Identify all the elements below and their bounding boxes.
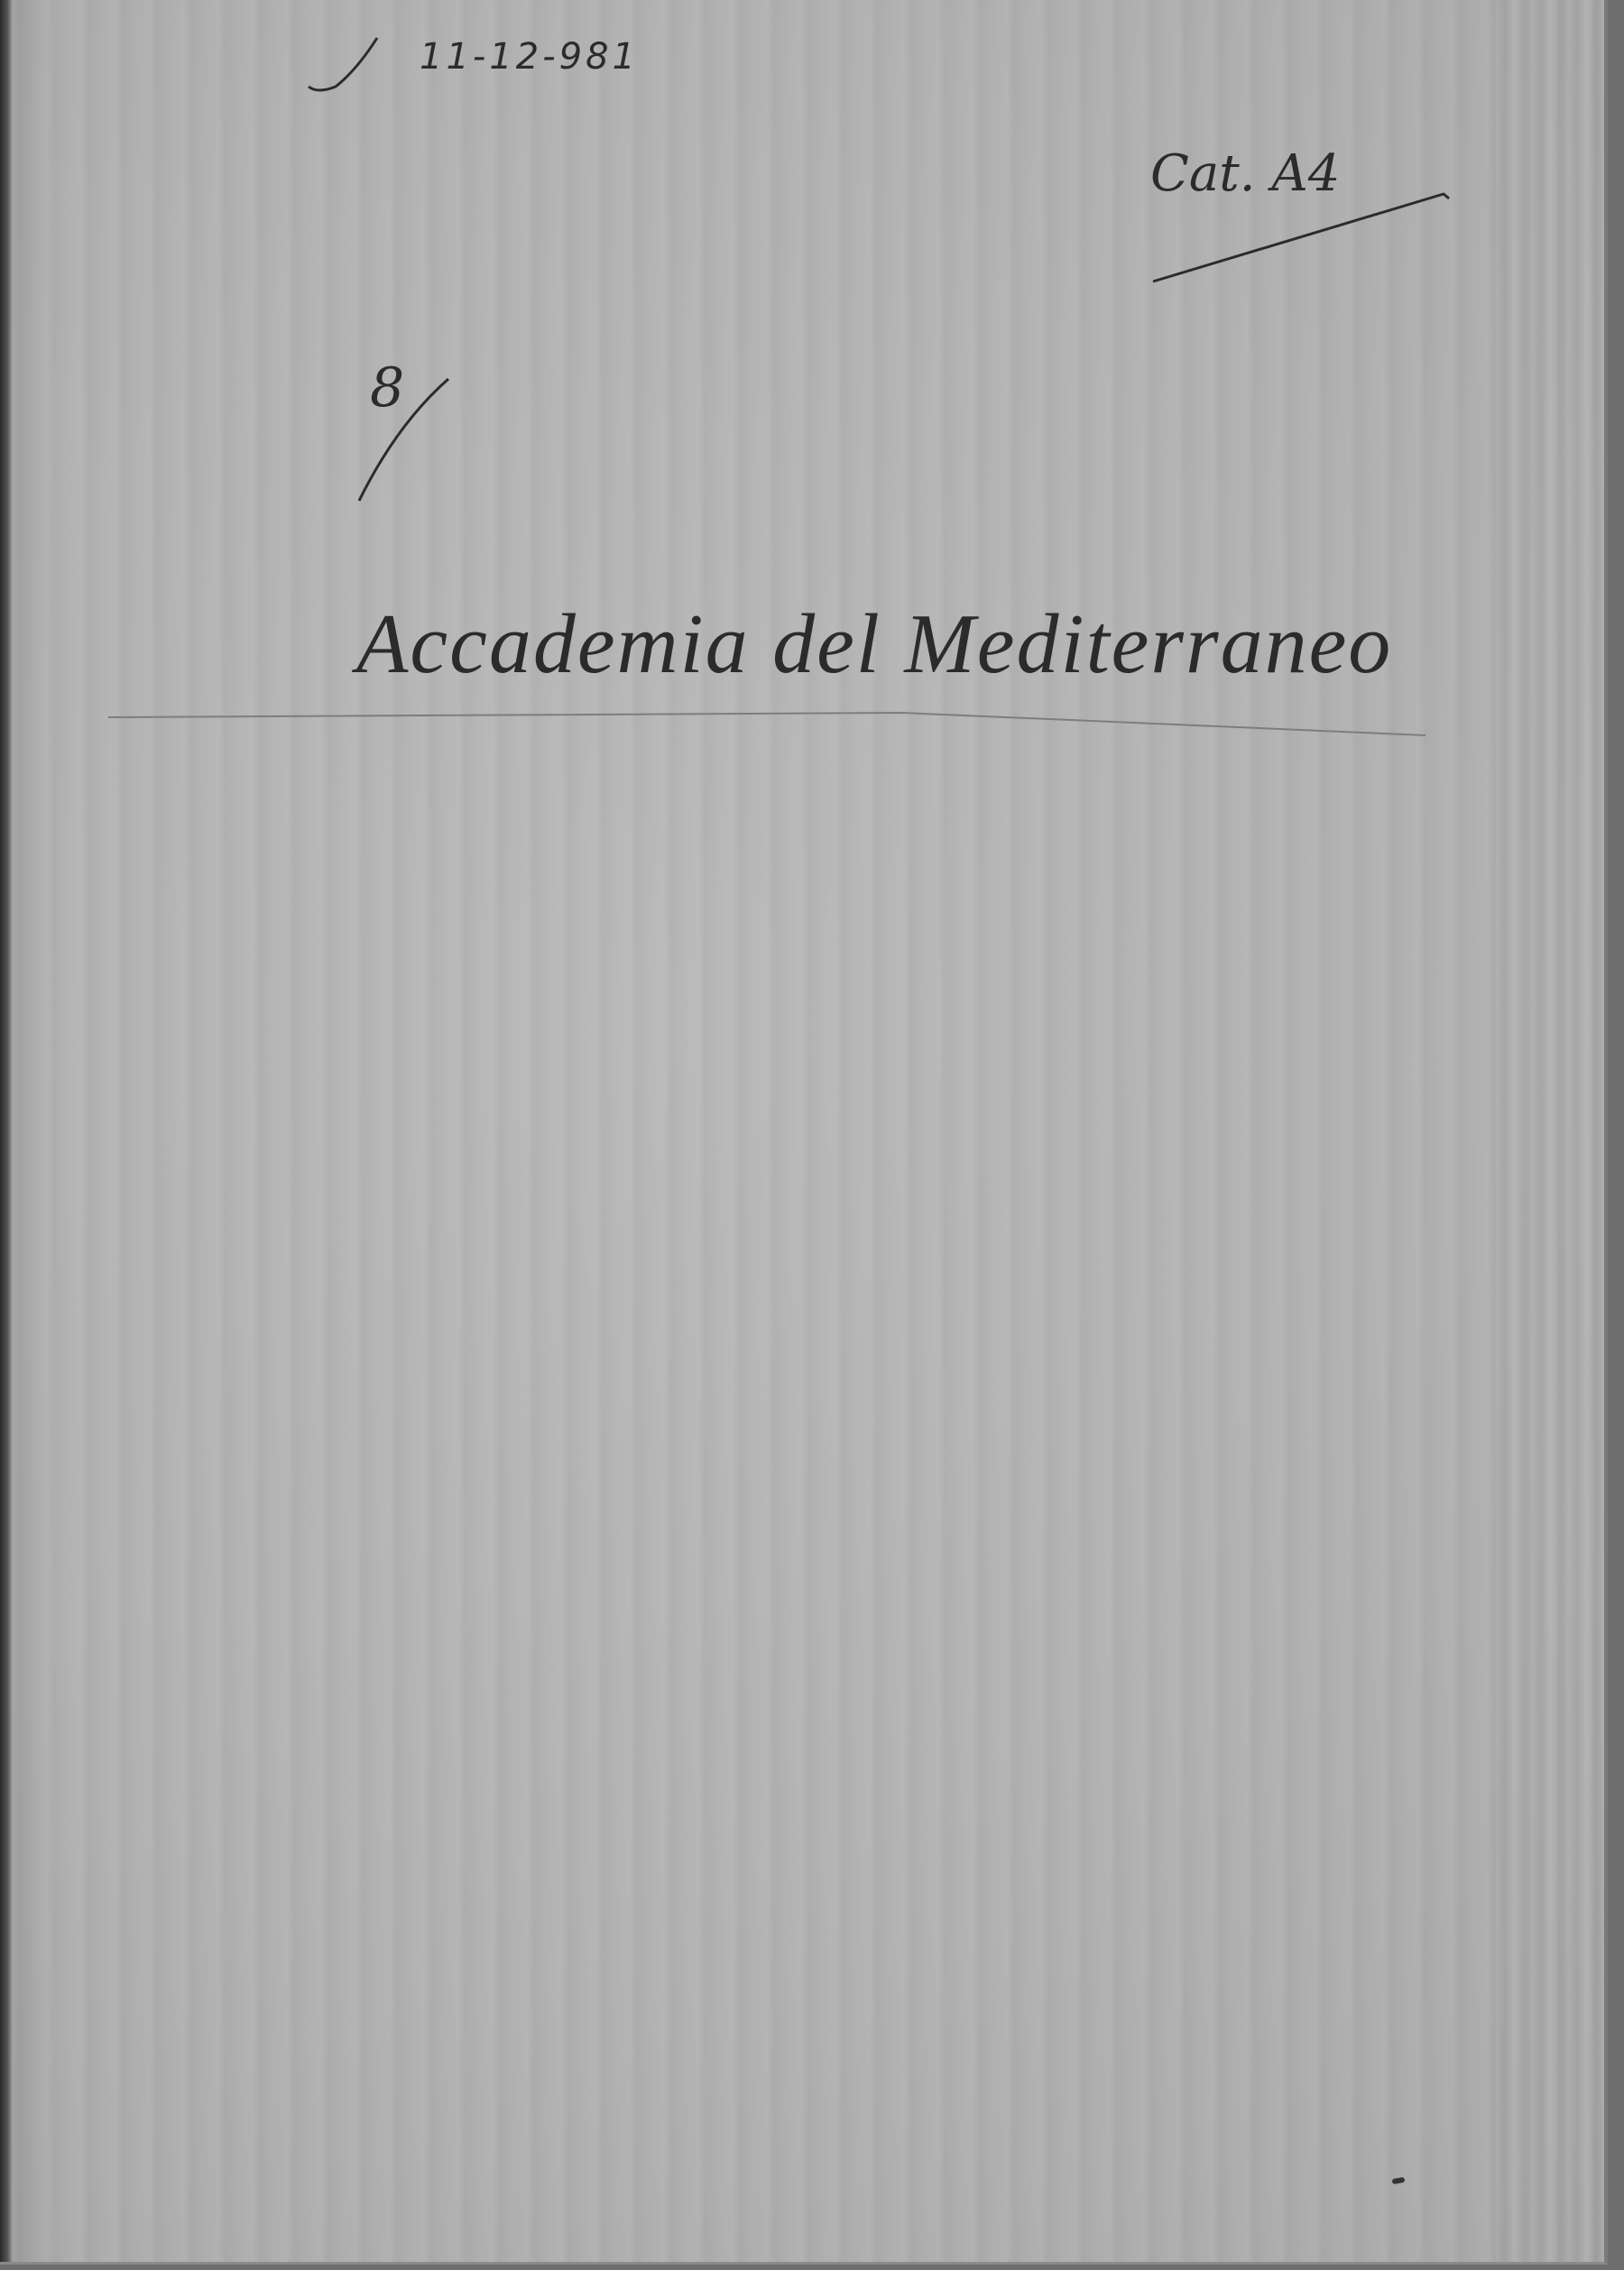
folder-title: Accademia del Mediterraneo xyxy=(356,595,1392,693)
check-mark-icon xyxy=(309,38,377,90)
category-underline xyxy=(1153,194,1449,281)
date-annotation: 11-12-981 xyxy=(420,36,639,78)
category-annotation: Cat. A4 xyxy=(1150,144,1340,203)
ink-speck xyxy=(1392,2177,1406,2184)
folder-cover-page: 11-12-981 Cat. A4 8 Accademia del Medite… xyxy=(0,0,1608,2265)
title-ruled-line xyxy=(108,713,1426,735)
folio-number: 8 xyxy=(370,356,404,420)
ink-strokes xyxy=(0,0,1624,2270)
